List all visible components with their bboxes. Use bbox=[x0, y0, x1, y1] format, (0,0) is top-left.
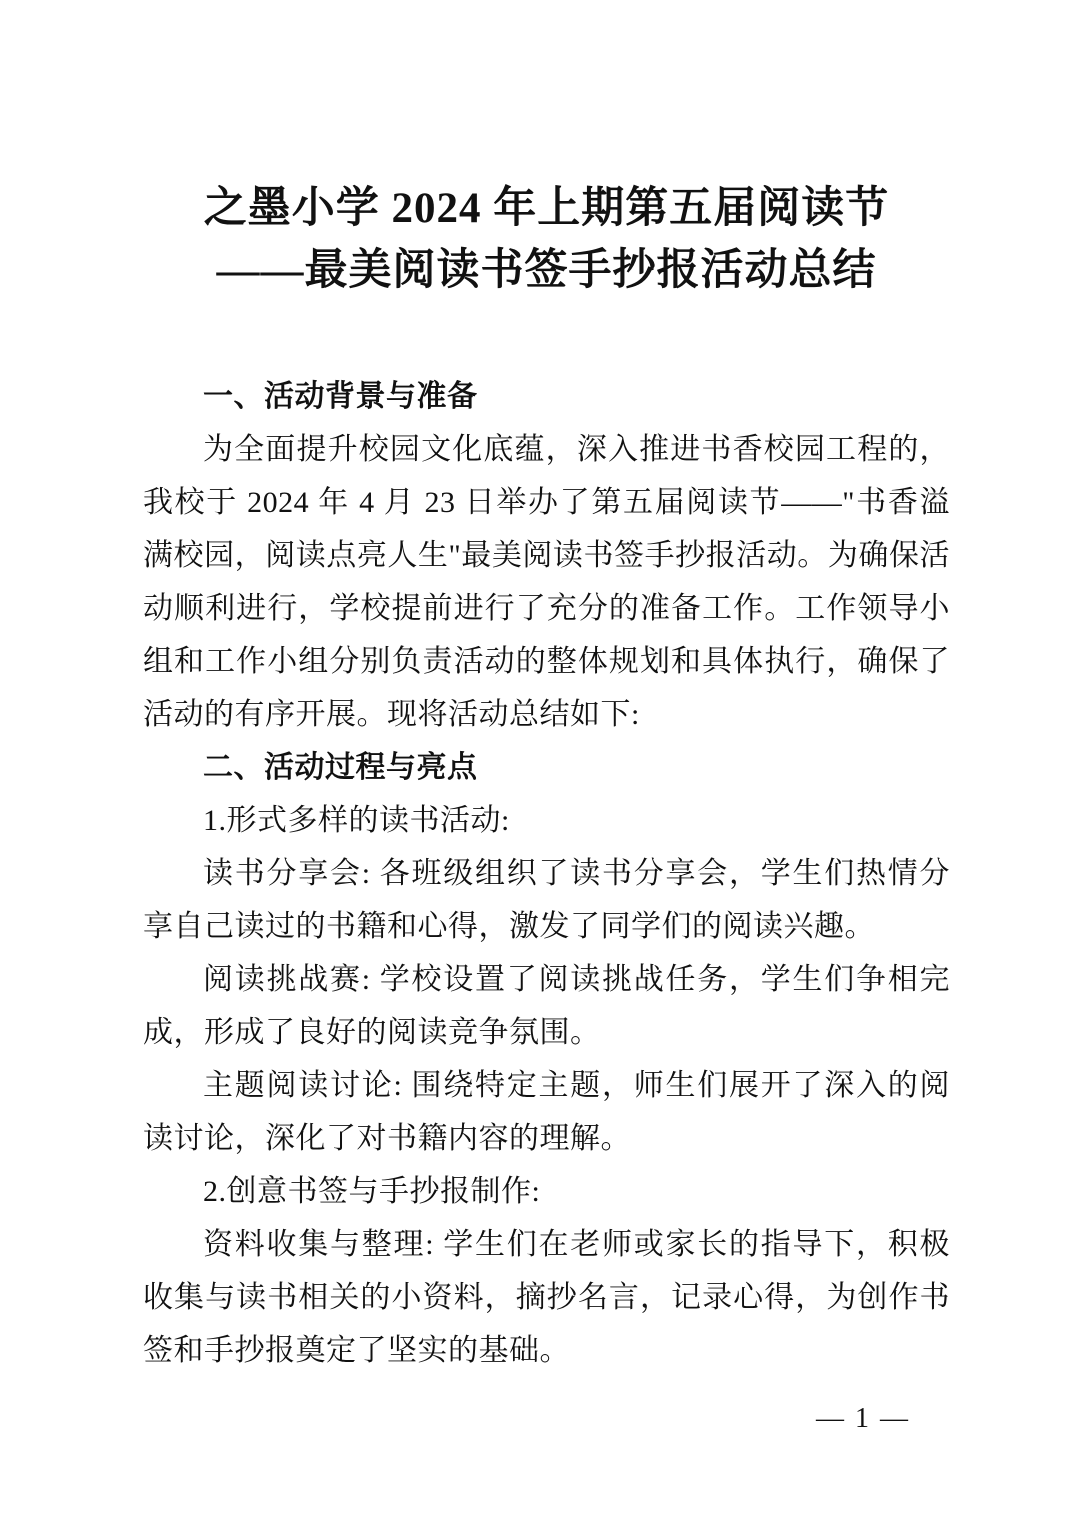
document-title-line2: ——最美阅读书签手抄报活动总结 bbox=[143, 240, 950, 302]
document-page: 之墨小学 2024 年上期第五届阅读节 ——最美阅读书签手抄报活动总结 一、活动… bbox=[0, 0, 1080, 1527]
list-heading: 2.创意书签与手抄报制作: bbox=[143, 1165, 950, 1218]
document-title: 之墨小学 2024 年上期第五届阅读节 ——最美阅读书签手抄报活动总结 bbox=[143, 178, 950, 302]
paragraph: 资料收集与整理: 学生们在老师或家长的指导下，积极收集与读书相关的小资料，摘抄名… bbox=[143, 1218, 950, 1377]
section-heading: 一、活动背景与准备 bbox=[143, 370, 950, 423]
list-heading: 1.形式多样的读书活动: bbox=[143, 794, 950, 847]
page-number: — 1 — bbox=[816, 1403, 910, 1435]
section-heading: 二、活动过程与亮点 bbox=[143, 741, 950, 794]
paragraph: 阅读挑战赛: 学校设置了阅读挑战任务，学生们争相完成，形成了良好的阅读竞争氛围。 bbox=[143, 953, 950, 1059]
document-body: 一、活动背景与准备为全面提升校园文化底蕴，深入推进书香校园工程的，我校于 202… bbox=[143, 370, 950, 1377]
paragraph: 读书分享会: 各班级组织了读书分享会，学生们热情分享自己读过的书籍和心得，激发了… bbox=[143, 847, 950, 953]
paragraph: 为全面提升校园文化底蕴，深入推进书香校园工程的，我校于 2024 年 4 月 2… bbox=[143, 423, 950, 741]
document-title-line1: 之墨小学 2024 年上期第五届阅读节 bbox=[143, 178, 950, 240]
paragraph: 主题阅读讨论: 围绕特定主题，师生们展开了深入的阅读讨论，深化了对书籍内容的理解… bbox=[143, 1059, 950, 1165]
